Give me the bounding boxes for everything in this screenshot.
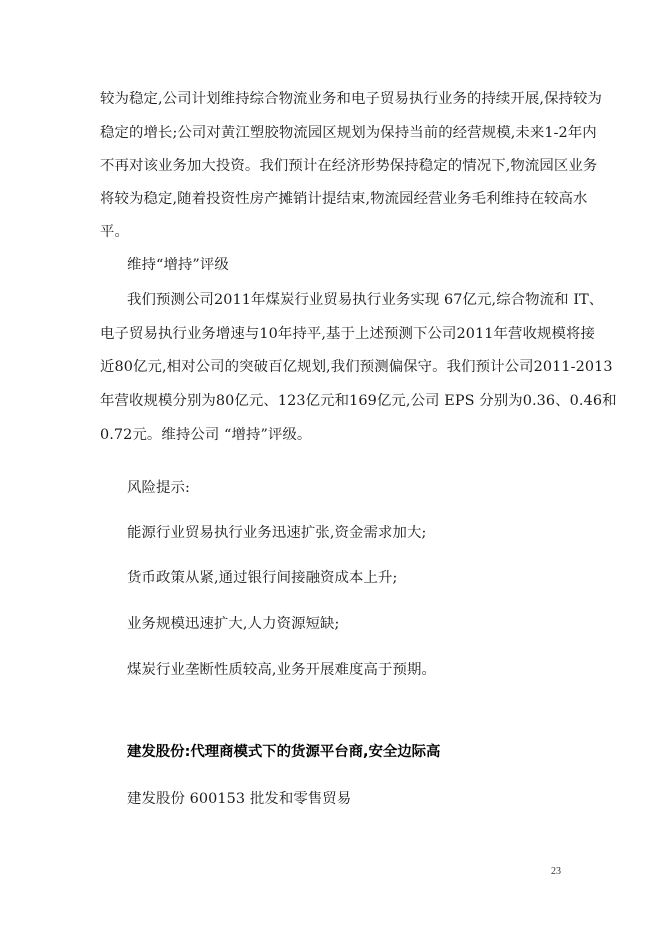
risk-item: 煤炭行业垄断性质较高,业务开展难度高于预期。	[127, 661, 562, 679]
text-line: 电子贸易执行业务增速与10年持平,基于上述预测下公司2011年营收规模将接	[100, 325, 562, 343]
text-line: 较为稳定,公司计划维持综合物流业务和电子贸易执行业务的持续开展,保持较为	[100, 90, 562, 108]
text-line: 近80亿元,相对公司的突破百亿规划,我们预测偏保守。我们预计公司2011-201…	[100, 358, 562, 376]
rating-subheading: 维持“增持”评级	[127, 256, 562, 274]
text-line: 年营收规模分别为80亿元、123亿元和169亿元,公司 EPS 分别为0.36、…	[100, 392, 562, 410]
text-line: 平。	[100, 223, 562, 241]
risk-item: 能源行业贸易执行业务迅速扩张,资金需求加大;	[127, 524, 562, 542]
page-number: 23	[551, 866, 561, 877]
risk-title: 风险提示:	[127, 479, 562, 497]
stock-info: 建发股份 600153 批发和零售贸易	[127, 790, 562, 808]
document-page: 较为稳定,公司计划维持综合物流业务和电子贸易执行业务的持续开展,保持较为 稳定的…	[0, 0, 661, 935]
risk-item: 货币政策从紧,通过银行间接融资成本上升;	[127, 569, 562, 587]
text-line: 我们预测公司2011年煤炭行业贸易执行业务实现 67亿元,综合物流和 IT、	[127, 291, 562, 309]
text-line: 将较为稳定,随着投资性房产摊销计提结束,物流园经营业务毛利维持在较高水	[100, 190, 562, 208]
text-line: 稳定的增长;公司对黄江塑胶物流园区规划为保持当前的经营规模,未来1-2年内	[100, 124, 562, 142]
text-line: 0.72元。维持公司 “增持”评级。	[100, 426, 562, 444]
section-heading: 建发股份:代理商模式下的货源平台商,安全边际高	[127, 743, 440, 761]
text-line: 不再对该业务加大投资。我们预计在经济形势保持稳定的情况下,物流园区业务	[100, 157, 562, 175]
risk-item: 业务规模迅速扩大,人力资源短缺;	[127, 615, 562, 633]
